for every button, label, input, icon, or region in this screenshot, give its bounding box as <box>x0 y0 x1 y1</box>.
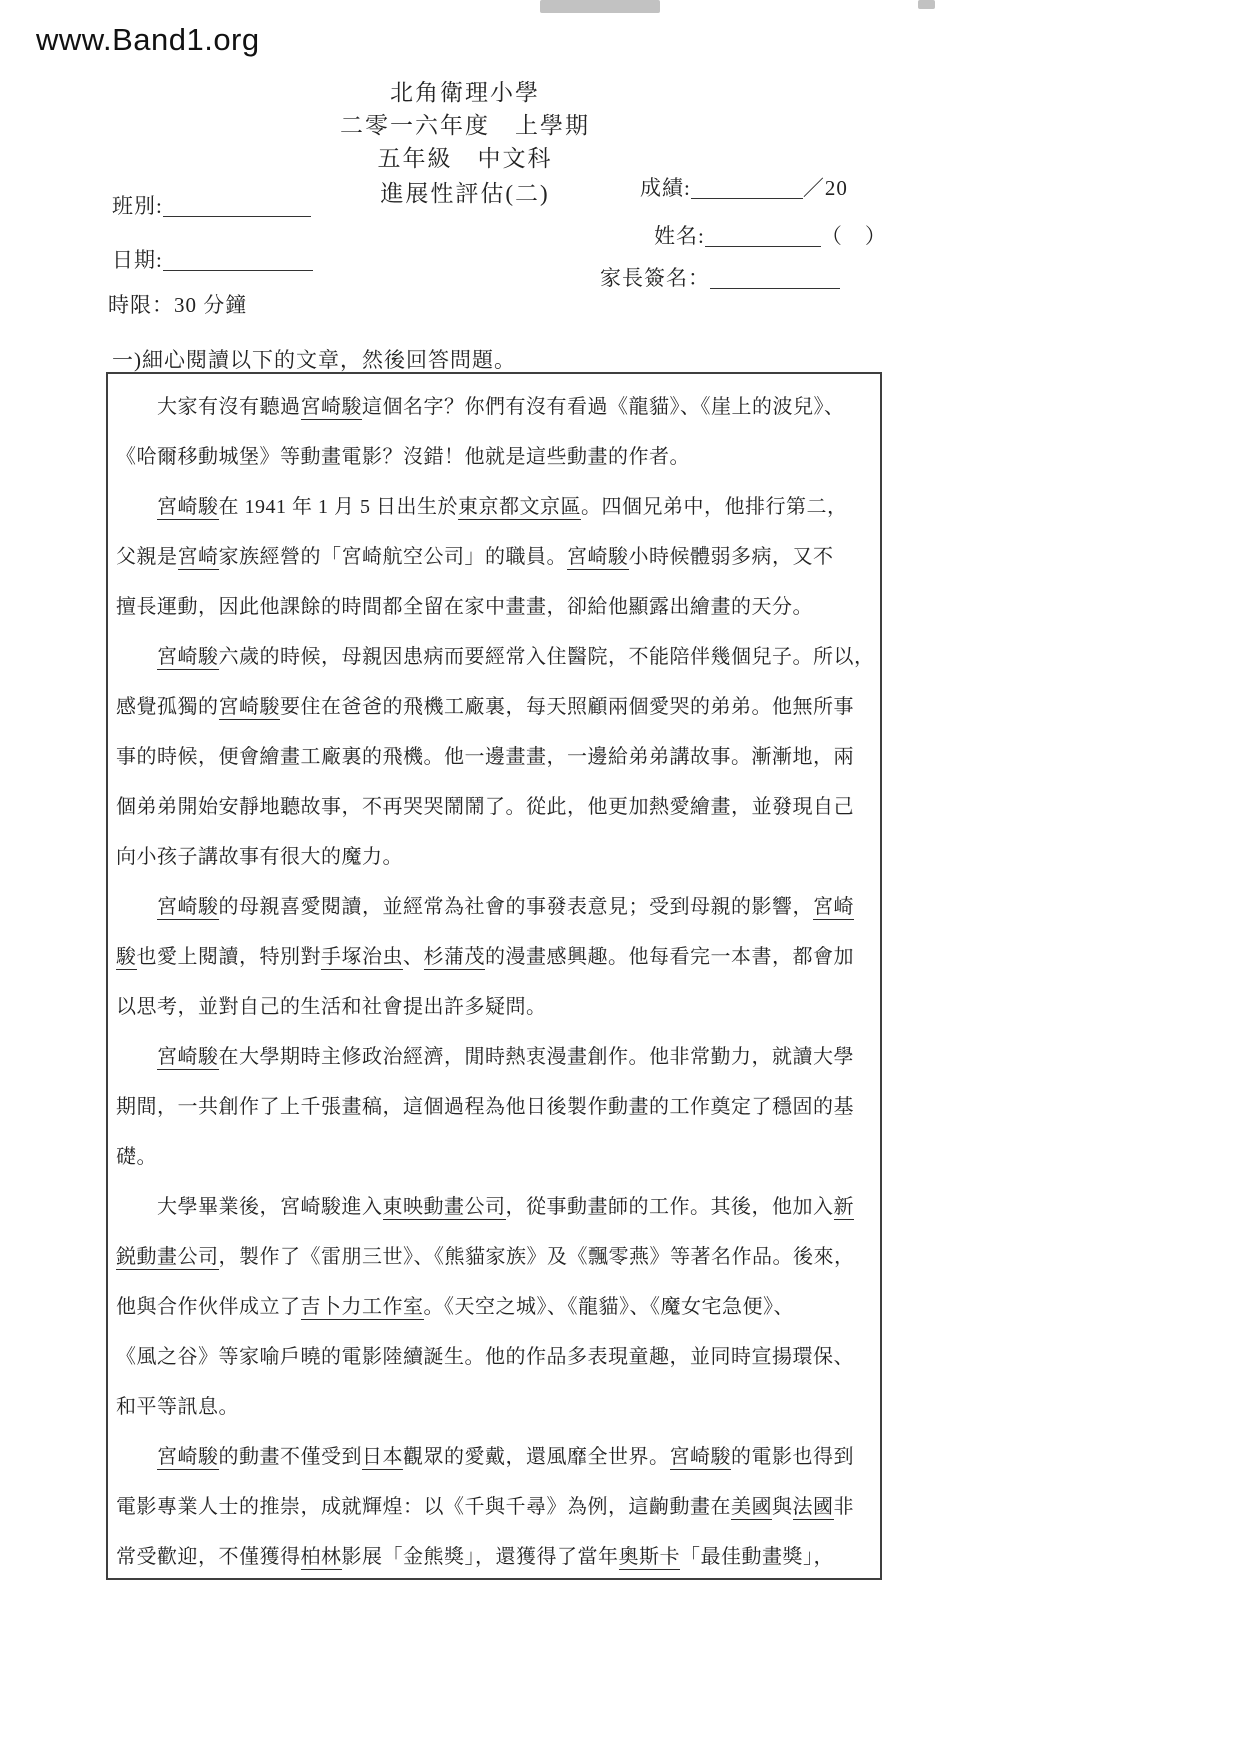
underlined-proper-noun: 東京都 <box>458 496 520 520</box>
passage-text: 以思考，並對自己的生活和社會提出許多疑問。 <box>116 996 547 1018</box>
underlined-proper-noun: 宮崎駿 <box>157 1446 219 1470</box>
name-paren: （ ） <box>821 224 887 248</box>
passage-text: 這個名字？你們有沒有看過《龍貓》、《崖上的波兒》、 <box>362 396 845 418</box>
passage-line: 以思考，並對自己的生活和社會提出許多疑問。 <box>116 982 872 1032</box>
passage-text: 個弟弟開始安靜地聽故事，不再哭哭鬧鬧了。從此，他更加熱愛繪畫，並發現自己 <box>116 796 854 818</box>
underlined-proper-noun: 宮崎駿 <box>157 496 219 520</box>
underlined-proper-noun: 宮崎駿 <box>157 1046 219 1070</box>
time-limit-field: 時限：30 分鐘 <box>108 289 247 319</box>
passage-text: 《哈爾移動城堡》等動畫電影？沒錯！他就是這些動畫的作者。 <box>116 446 690 468</box>
class-field: 班別: <box>112 190 311 220</box>
passage-text: 影展「金熊獎」，還獲得了當年 <box>342 1546 619 1568</box>
passage-text: 的漫畫感興趣。他每看完一本書，都會加 <box>485 946 854 968</box>
passage-text: 常受歡迎，不僅獲得 <box>116 1546 301 1568</box>
passage-line: 宮崎駿在大學期時主修政治經濟，閒時熱衷漫畫創作。他非常勤力，就讀大學 <box>116 1032 872 1082</box>
parent-sign-field: 家長簽名： <box>600 262 840 292</box>
date-field: 日期: <box>112 244 313 274</box>
passage-text: 的母親喜愛閱讀，並經常為社會的事發表意見；受到母親的影響， <box>219 896 814 918</box>
passage-text: 《風之谷》等家喻戶曉的電影陸續誕生。他的作品多表現童趣，並同時宣揚環保、 <box>116 1346 854 1368</box>
underlined-proper-noun: 宮崎 <box>178 546 219 570</box>
passage-line: 宮崎駿的動畫不僅受到日本觀眾的愛戴，還風靡全世界。宮崎駿的電影也得到 <box>116 1432 872 1482</box>
underlined-proper-noun: 新 <box>834 1196 855 1220</box>
underlined-proper-noun: 東映動畫公司 <box>383 1196 506 1220</box>
passage-text: 的動畫不僅受到 <box>219 1446 363 1468</box>
passage-text: 大學畢業後，宮崎駿進入 <box>157 1196 383 1218</box>
underlined-proper-noun: 宮崎駿 <box>567 546 629 570</box>
passage-text: 「最佳動畫獎」， <box>680 1546 834 1568</box>
year-term: 二零一六年度 上學期 <box>300 109 630 142</box>
passage-line: 大學畢業後，宮崎駿進入東映動畫公司，從事動畫師的工作。其後，他加入新 <box>116 1182 872 1232</box>
underlined-proper-noun: 宮崎 <box>813 896 854 920</box>
passage-line: 個弟弟開始安靜地聽故事，不再哭哭鬧鬧了。從此，他更加熱愛繪畫，並發現自己 <box>116 782 872 832</box>
passage-text: 事的時候，便會繪畫工廠裏的飛機。他一邊畫畫，一邊給弟弟講故事。漸漸地，兩 <box>116 746 854 768</box>
passage-text: 。《天空之城》、《龍貓》、《魔女宅急便》、 <box>424 1296 795 1318</box>
parent-sign-label: 家長簽名： <box>600 266 710 290</box>
underlined-proper-noun: 宮崎駿 <box>219 696 281 720</box>
score-blank <box>691 178 803 199</box>
passage-text: 和平等訊息。 <box>116 1396 239 1418</box>
passage-text: ，製作了《雷朋三世》、《熊貓家族》及《飄零燕》等著名作品。後來， <box>219 1246 855 1268</box>
passage-text: 也愛上閱讀，特別對 <box>137 946 322 968</box>
passage-line: 向小孩子講故事有很大的魔力。 <box>116 832 872 882</box>
passage-line: 父親是宮崎家族經營的「宮崎航空公司」的職員。宮崎駿小時候體弱多病，又不 <box>116 532 872 582</box>
underlined-proper-noun: 宮崎駿 <box>301 396 363 420</box>
score-field: 成績:／20 <box>640 172 848 202</box>
date-label: 日期: <box>112 248 163 272</box>
passage-text: 的電影也得到 <box>731 1446 854 1468</box>
passage-text: 向小孩子講故事有很大的魔力。 <box>116 846 403 868</box>
passage-line: 宮崎駿在 1941 年 1 月 5 日出生於東京都文京區。四個兄弟中，他排行第二… <box>116 482 872 532</box>
underlined-proper-noun: 宮崎駿 <box>157 646 219 670</box>
exam-paper-page: www.Band1.org 北角衛理小學 二零一六年度 上學期 五年級 中文科 … <box>0 0 1240 1754</box>
passage-text: 小時候體弱多病，又不 <box>629 546 834 568</box>
passage-line: 《風之谷》等家喻戶曉的電影陸續誕生。他的作品多表現童趣，並同時宣揚環保、 <box>116 1332 872 1382</box>
passage-text: 期間，一共創作了上千張畫稿，這個過程為他日後製作動畫的工作奠定了穩固的基 <box>116 1096 854 1118</box>
passage-text: 。四個兄弟中，他排行第二， <box>581 496 848 518</box>
passage-line: 宮崎駿的母親喜愛閱讀，並經常為社會的事發表意見；受到母親的影響，宮崎 <box>116 882 872 932</box>
passage-line: 駿也愛上閱讀，特別對手塚治虫、杉蒲茂的漫畫感興趣。他每看完一本書，都會加 <box>116 932 872 982</box>
passage-text: 觀眾的愛戴，還風靡全世界。 <box>403 1446 670 1468</box>
scan-artifact <box>918 0 935 9</box>
passage-line: 感覺孤獨的宮崎駿要住在爸爸的飛機工廠裏，每天照顧兩個愛哭的弟弟。他無所事 <box>116 682 872 732</box>
passage-line: 電影專業人士的推崇，成就輝煌：以《千與千尋》為例，這齣動畫在美國與法國非 <box>116 1482 872 1532</box>
passage-text: 他與合作伙伴成立了 <box>116 1296 301 1318</box>
passage-text: 與 <box>772 1496 793 1518</box>
passage-line: 和平等訊息。 <box>116 1382 872 1432</box>
underlined-proper-noun: 法國 <box>793 1496 834 1520</box>
passage-text: 父親是 <box>116 546 178 568</box>
date-blank <box>163 250 313 271</box>
passage-text: 擅長運動，因此他課餘的時間都全留在家中畫畫，卻給他顯露出繪畫的天分。 <box>116 596 813 618</box>
class-label: 班別: <box>112 194 163 218</box>
passage-text: 家族經營的「宮崎航空公司」的職員。 <box>219 546 568 568</box>
underlined-proper-noun: 宮崎駿 <box>670 1446 732 1470</box>
school-name: 北角衛理小學 <box>300 76 630 109</box>
underlined-proper-noun: 美國 <box>731 1496 772 1520</box>
underlined-proper-noun: 日本 <box>362 1446 403 1470</box>
passage-text: 要住在爸爸的飛機工廠裏，每天照顧兩個愛哭的弟弟。他無所事 <box>280 696 854 718</box>
passage-line: 事的時候，便會繪畫工廠裏的飛機。他一邊畫畫，一邊給弟弟講故事。漸漸地，兩 <box>116 732 872 782</box>
underlined-proper-noun: 宮崎駿 <box>157 896 219 920</box>
passage-text: 在大學期時主修政治經濟，閒時熱衷漫畫創作。他非常勤力，就讀大學 <box>219 1046 855 1068</box>
time-limit-label: 時限：30 分鐘 <box>108 293 247 317</box>
name-field: 姓名:（ ） <box>654 220 887 250</box>
passage-text: 在 1941 年 1 月 5 日出生於 <box>219 496 459 518</box>
name-label: 姓名: <box>654 224 705 248</box>
passage-line: 礎。 <box>116 1132 872 1182</box>
passage-text: 礎。 <box>116 1146 157 1168</box>
score-max: ／20 <box>803 176 848 200</box>
passage-line: 擅長運動，因此他課餘的時間都全留在家中畫畫，卻給他顯露出繪畫的天分。 <box>116 582 872 632</box>
score-label: 成績: <box>640 176 691 200</box>
underlined-proper-noun: 奧斯卡 <box>619 1546 681 1570</box>
passage-text: 、 <box>403 946 424 968</box>
class-blank <box>163 196 311 217</box>
passage-line: 他與合作伙伴成立了吉卜力工作室。《天空之城》、《龍貓》、《魔女宅急便》、 <box>116 1282 872 1332</box>
parent-sign-blank <box>710 268 840 289</box>
underlined-proper-noun: 柏林 <box>301 1546 342 1570</box>
passage-text: 電影專業人士的推崇，成就輝煌：以《千與千尋》為例，這齣動畫在 <box>116 1496 731 1518</box>
header-block: 北角衛理小學 二零一六年度 上學期 五年級 中文科 進展性評估(二) <box>300 76 630 210</box>
passage-text: 感覺孤獨的 <box>116 696 219 718</box>
scan-artifact <box>540 0 660 13</box>
underlined-proper-noun: 鋭動畫公司 <box>116 1246 219 1270</box>
underlined-proper-noun: 吉卜力工作室 <box>301 1296 424 1320</box>
passage-text: 大家有沒有聽過 <box>157 396 301 418</box>
section-instruction: 一)細心閱讀以下的文章，然後回答問題。 <box>112 344 516 374</box>
underlined-proper-noun: 杉蒲茂 <box>424 946 486 970</box>
passage-line: 期間，一共創作了上千張畫稿，這個過程為他日後製作動畫的工作奠定了穩固的基 <box>116 1082 872 1132</box>
underlined-proper-noun: 文京區 <box>520 496 582 520</box>
name-blank <box>705 226 821 247</box>
passage-line: 宮崎駿六歲的時候，母親因患病而要經常入住醫院，不能陪伴幾個兒子。所以， <box>116 632 872 682</box>
watermark-text: www.Band1.org <box>36 22 260 58</box>
passage-line: 常受歡迎，不僅獲得柏林影展「金熊獎」，還獲得了當年奧斯卡「最佳動畫獎」， <box>116 1532 872 1580</box>
passage-text: 非 <box>834 1496 855 1518</box>
passage-line: 大家有沒有聽過宮崎駿這個名字？你們有沒有看過《龍貓》、《崖上的波兒》、 <box>116 382 872 432</box>
passage-text: ，從事動畫師的工作。其後，他加入 <box>506 1196 834 1218</box>
passage-line: 鋭動畫公司，製作了《雷朋三世》、《熊貓家族》及《飄零燕》等著名作品。後來， <box>116 1232 872 1282</box>
grade-subject: 五年級 中文科 <box>300 142 630 175</box>
underlined-proper-noun: 駿 <box>116 946 137 970</box>
passage-line: 《哈爾移動城堡》等動畫電影？沒錯！他就是這些動畫的作者。 <box>116 432 872 482</box>
underlined-proper-noun: 手塚治虫 <box>321 946 403 970</box>
assessment-title: 進展性評估(二) <box>300 177 630 210</box>
passage-text: 六歲的時候，母親因患病而要經常入住醫院，不能陪伴幾個兒子。所以， <box>219 646 875 668</box>
passage: 大家有沒有聽過宮崎駿這個名字？你們有沒有看過《龍貓》、《崖上的波兒》、《哈爾移動… <box>106 372 882 1580</box>
